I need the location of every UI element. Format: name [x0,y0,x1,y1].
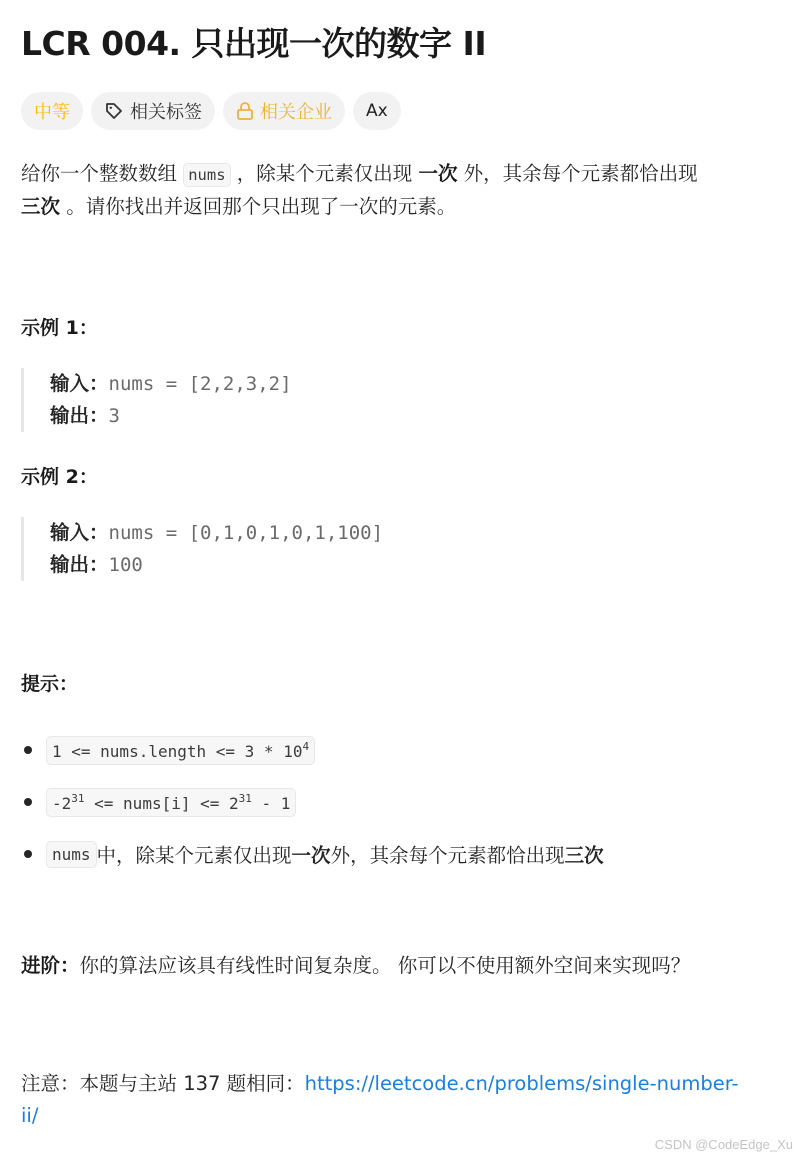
tag-bar: 中等 相关标签 相关企业 Ax [21,92,401,130]
follow-up-text: 你的算法应该具有线性时间复杂度。 你可以不使用额外空间来实现吗？ [80,954,691,977]
emphasis: 一次 [292,840,331,868]
input-value: nums = [2,2,3,2] [109,373,292,395]
note-text: 注意：本题与主站 137 题相同： [21,1072,305,1095]
input-label: 输入： [50,521,109,544]
emphasis: 三次 [565,840,604,868]
difficulty-label: 中等 [34,98,70,124]
constraints-heading: 提示： [21,669,78,696]
constraint-code: -231 <= nums[i] <= 231 - 1 [46,788,296,817]
output-label: 输出： [50,553,109,576]
follow-up: 进阶：你的算法应该具有线性时间复杂度。 你可以不使用额外空间来实现吗？ [21,950,801,982]
output-value: 100 [109,554,143,576]
example-2-heading: 示例 2： [21,462,98,489]
problem-title: LCR 004. 只出现一次的数字 II [21,18,486,65]
constraint-item: nums 中，除某个元素仅出现 一次 外，其余每个元素都恰出现 三次 [21,828,801,880]
example-1-block: 输入：nums = [2,2,3,2] 输出：3 [21,368,650,432]
input-value: nums = [0,1,0,1,0,1,100] [109,522,384,544]
constraint-item: -231 <= nums[i] <= 231 - 1 [21,776,801,828]
output-label: 输出： [50,404,109,427]
constraint-item: 1 <= nums.length <= 3 * 104 [21,724,801,776]
constraint-code: nums [46,841,97,868]
statement-text: 外，其余每个元素都恰出现 [457,162,697,185]
related-companies-label: 相关企业 [260,98,332,124]
lock-icon [236,101,254,121]
translate-icon: Ax [366,101,388,121]
statement-text: ，除某个元素仅出现 [231,162,419,185]
difficulty-badge[interactable]: 中等 [21,92,83,130]
tag-icon [104,101,124,121]
statement-text: 。请你找出并返回那个只出现了一次的元素。 [60,195,456,218]
statement-text: 给你一个整数数组 [21,162,183,185]
constraint-code: 1 <= nums.length <= 3 * 104 [46,736,315,765]
constraint-text: 中，除某个元素仅出现 [97,840,292,868]
related-companies-button[interactable]: 相关企业 [223,92,345,130]
constraint-text: 外，其余每个元素都恰出现 [331,840,565,868]
emphasis: 一次 [418,162,457,185]
example-1-heading: 示例 1： [21,313,98,340]
constraints-list: 1 <= nums.length <= 3 * 104 -231 <= nums… [21,724,801,880]
related-tags-label: 相关标签 [130,98,202,124]
note: 注意：本题与主站 137 题相同：https://leetcode.cn/pro… [21,1068,801,1132]
related-tags-button[interactable]: 相关标签 [91,92,215,130]
inline-code: nums [183,163,230,187]
output-value: 3 [109,405,120,427]
problem-statement: 给你一个整数数组 nums ，除某个元素仅出现 一次 外，其余每个元素都恰出现 … [21,158,801,223]
translate-button[interactable]: Ax [353,92,401,130]
emphasis: 三次 [21,195,60,218]
follow-up-label: 进阶： [21,954,80,977]
watermark: CSDN @CodeEdge_Xu [655,1137,793,1152]
input-label: 输入： [50,372,109,395]
example-2-block: 输入：nums = [0,1,0,1,0,1,100] 输出：100 [21,517,650,581]
